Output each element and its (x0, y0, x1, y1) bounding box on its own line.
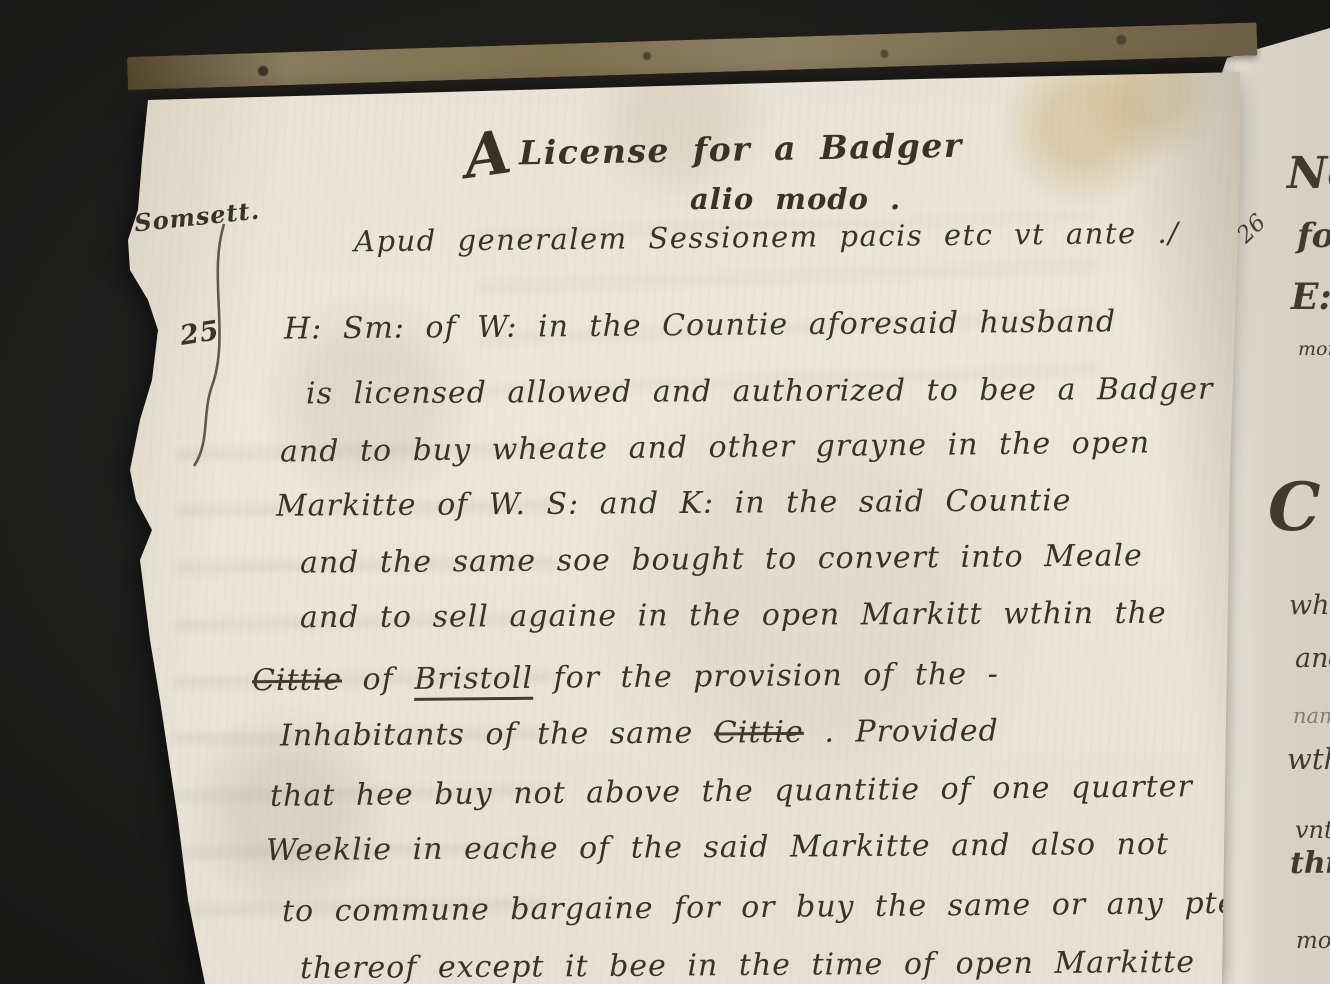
body-text: for the provision of the - (553, 657, 999, 696)
body-line: and to buy wheate and other grayne in th… (280, 425, 1150, 469)
facing-text-fragment: C (1268, 468, 1321, 546)
facing-text-fragment: nam (1293, 704, 1330, 728)
margin-entry-number: 25 (178, 315, 222, 352)
session-heading-line: Apud generalem Sessionem pacis etc vt an… (354, 216, 1180, 259)
body-line: Markitte of W. S: and K: in the said Cou… (276, 483, 1072, 524)
heading-initial-capital: A (462, 137, 514, 173)
heading-title-text: License for a Badger (519, 126, 963, 173)
manuscript-photograph: 26 No fo E: mor C wh and nam wth vnt thi… (0, 0, 1330, 984)
heading-subtitle: alio modo . (690, 182, 901, 216)
facing-text-fragment: fo (1297, 216, 1330, 256)
manuscript-page: ALicense for a Badger alio modo . Apud g… (118, 70, 1240, 984)
body-line: and the same soe bought to convert into … (300, 538, 1143, 580)
body-line: that hee buy not above the quantitie of … (270, 769, 1193, 814)
underlined-word: Bristoll (414, 661, 533, 701)
facing-text-fragment: No (1287, 148, 1330, 199)
struck-word: Cittie (714, 715, 804, 751)
facing-text-fragment: wth (1287, 742, 1330, 776)
margin-county-note: Somsett. (133, 195, 261, 237)
body-text: Inhabitants of the same (280, 716, 694, 754)
body-line: thereof except it bee in the time of ope… (300, 945, 1195, 984)
facing-text-fragment: thi (1290, 846, 1330, 881)
facing-text-fragment: E: (1291, 276, 1330, 318)
body-line: to commune bargaine for or buy the same … (282, 886, 1237, 929)
body-line: H: Sm: of W: in the Countie aforesaid hu… (284, 304, 1116, 346)
facing-text-fragment: wh (1289, 590, 1330, 621)
facing-text-fragment: mor (1296, 928, 1330, 954)
paper-surface: ALicense for a Badger alio modo . Apud g… (118, 70, 1240, 984)
body-line: is licensed allowed and authorized to be… (306, 372, 1214, 412)
body-line-with-correction: Inhabitants of the same Cittie . Provide… (280, 713, 999, 753)
heading-title: ALicense for a Badger (464, 126, 963, 174)
facing-text-fragment: and (1295, 643, 1330, 674)
body-text: . Provided (824, 713, 999, 749)
body-line: and to sell againe in the open Markitt w… (300, 596, 1167, 636)
body-line-with-correction: Cittie of Bristoll for the provision of … (252, 657, 999, 699)
facing-text-fragment: vnt (1295, 816, 1330, 844)
body-line: Weeklie in eache of the said Markitte an… (266, 827, 1169, 868)
struck-word: Cittie (252, 662, 342, 698)
facing-text-fragment: mor (1298, 338, 1330, 360)
body-text: of (362, 662, 393, 697)
